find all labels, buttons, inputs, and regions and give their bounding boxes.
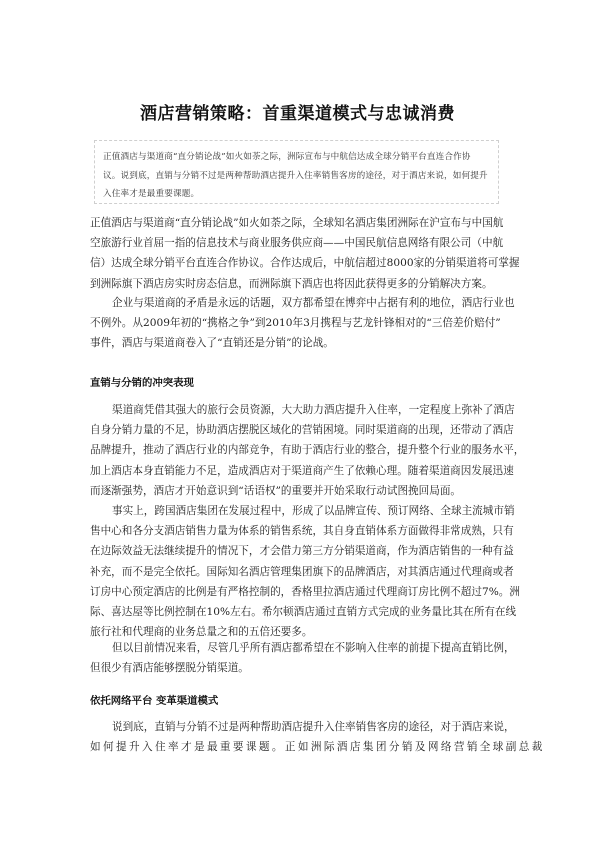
text-line: 到洲际旗下酒店房实时房态信息，而洲际旗下酒店也将因此获得更多的分销解决方案。 (90, 274, 510, 294)
document-title: 酒店营销策略：首重渠道模式与忠诚消费 (0, 99, 595, 124)
text-line: 售中心和各分支酒店销售力量为体系的销售系统，其自身直销体系方面做得非常成熟，只有 (90, 521, 510, 541)
document-page: 酒店营销策略：首重渠道模式与忠诚消费 正值酒店与渠道商“直分销论战”如火如荼之际… (0, 0, 595, 842)
text-line: 补充，而不是完全依托。国际知名酒店管理集团旗下的品牌酒店，对其酒店通过代理商或者 (90, 562, 510, 582)
text-line: 事实上，跨国酒店集团在发展过程中，形成了以品牌宣传、预订网络、全球主流城市销 (90, 501, 510, 521)
text-line: 说到底，直销与分销不过是两种帮助酒店提升入住率销售客房的途径，对于酒店来说， (90, 717, 510, 737)
abstract-line: 议。说到底，直销与分销不过是两种帮助酒店提升入住率销售客房的途径，对于酒店来说，… (103, 167, 490, 186)
paragraph-conflict-intro: 企业与渠道商的矛盾是永远的话题，双方都希望在博弈中占据有利的地位，酒店行业也 不… (90, 293, 510, 354)
abstract-box: 正值酒店与渠道商“直分销论战”如火如荼之际，洲际宣布与中航信达成全球分销平台直连… (94, 140, 499, 204)
text-line: 不例外。从2009年初的“携格之争”到2010年3月携程与艺龙针锋相对的“三倍差… (90, 313, 510, 333)
abstract-line: 正值酒店与渠道商“直分销论战”如火如荼之际，洲际宣布与中航信达成全球分销平台直连… (103, 148, 490, 167)
text-line: 际、喜达屋等比例控制在10%左右。希尔顿酒店通过直销方式完成的业务量比其在所有在… (90, 602, 510, 622)
text-line: 事件，酒店与渠道商卷入了“直销还是分销”的论战。 (90, 333, 510, 353)
text-line: 渠道商凭借其强大的旅行会员资源，大大助力酒店提升入住率，一定程度上弥补了酒店 (90, 400, 510, 420)
text-line: 品牌提升，推动了酒店行业的内部竞争，有助于酒店行业的整合，提升整个行业的服务水平… (90, 440, 510, 460)
abstract-line: 入住率才是最重要课题。 (103, 185, 490, 204)
text-line: 正值酒店与渠道商“直分销论战”如火如荼之际，全球知名酒店集团洲际在沪宣布与中国航 (90, 213, 510, 233)
section-heading: 依托网络平台 变革渠道模式 (90, 692, 218, 707)
paragraph: 但以目前情况来看，尽管几乎所有酒店都希望在不影响入住率的前提下提高直销比例， 但… (90, 638, 510, 678)
text-line: 在边际效益无法继续提升的情况下，才会借力第三方分销渠道商，作为酒店销售的一种有益 (90, 541, 510, 561)
text-line: 而逐渐强势，酒店才开始意识到“话语权”的重要并开始采取行动试图挽回局面。 (90, 481, 510, 501)
text-line: 企业与渠道商的矛盾是永远的话题，双方都希望在博弈中占据有利的地位，酒店行业也 (90, 293, 510, 313)
paragraph: 说到底，直销与分销不过是两种帮助酒店提升入住率销售客房的途径，对于酒店来说， 如… (90, 717, 510, 757)
section-heading: 直销与分销的冲突表现 (90, 374, 194, 389)
text-line: 但很少有酒店能够摆脱分销渠道。 (90, 658, 510, 678)
text-line: 如何提升入住率才是最重要课题。正如洲际酒店集团分销及网络营销全球副总裁 (90, 737, 510, 757)
text-line: 信）达成全球分销平台直连合作协议。合作达成后，中航信超过8000家的分销渠道将可… (90, 253, 510, 273)
paragraph: 事实上，跨国酒店集团在发展过程中，形成了以品牌宣传、预订网络、全球主流城市销 售… (90, 501, 510, 642)
text-line: 加上酒店本身直销能力不足，造成酒店对于渠道商产生了依赖心理。随着渠道商因发展迅速 (90, 461, 510, 481)
text-line: 空旅游行业首屈一指的信息技术与商业服务供应商——中国民航信息网络有限公司（中航 (90, 233, 510, 253)
text-line: 订房中心预定酒店的比例是有严格控制的，香格里拉酒店通过代理商订房比例不超过7%。… (90, 582, 510, 602)
text-line: 但以目前情况来看，尽管几乎所有酒店都希望在不影响入住率的前提下提高直销比例， (90, 638, 510, 658)
paragraph: 渠道商凭借其强大的旅行会员资源，大大助力酒店提升入住率，一定程度上弥补了酒店 自… (90, 400, 510, 501)
paragraph-intro: 正值酒店与渠道商“直分销论战”如火如荼之际，全球知名酒店集团洲际在沪宣布与中国航… (90, 213, 510, 294)
text-line: 自身分销力量的不足，协助酒店摆脱区域化的营销困境。同时渠道商的出现，还带动了酒店 (90, 420, 510, 440)
